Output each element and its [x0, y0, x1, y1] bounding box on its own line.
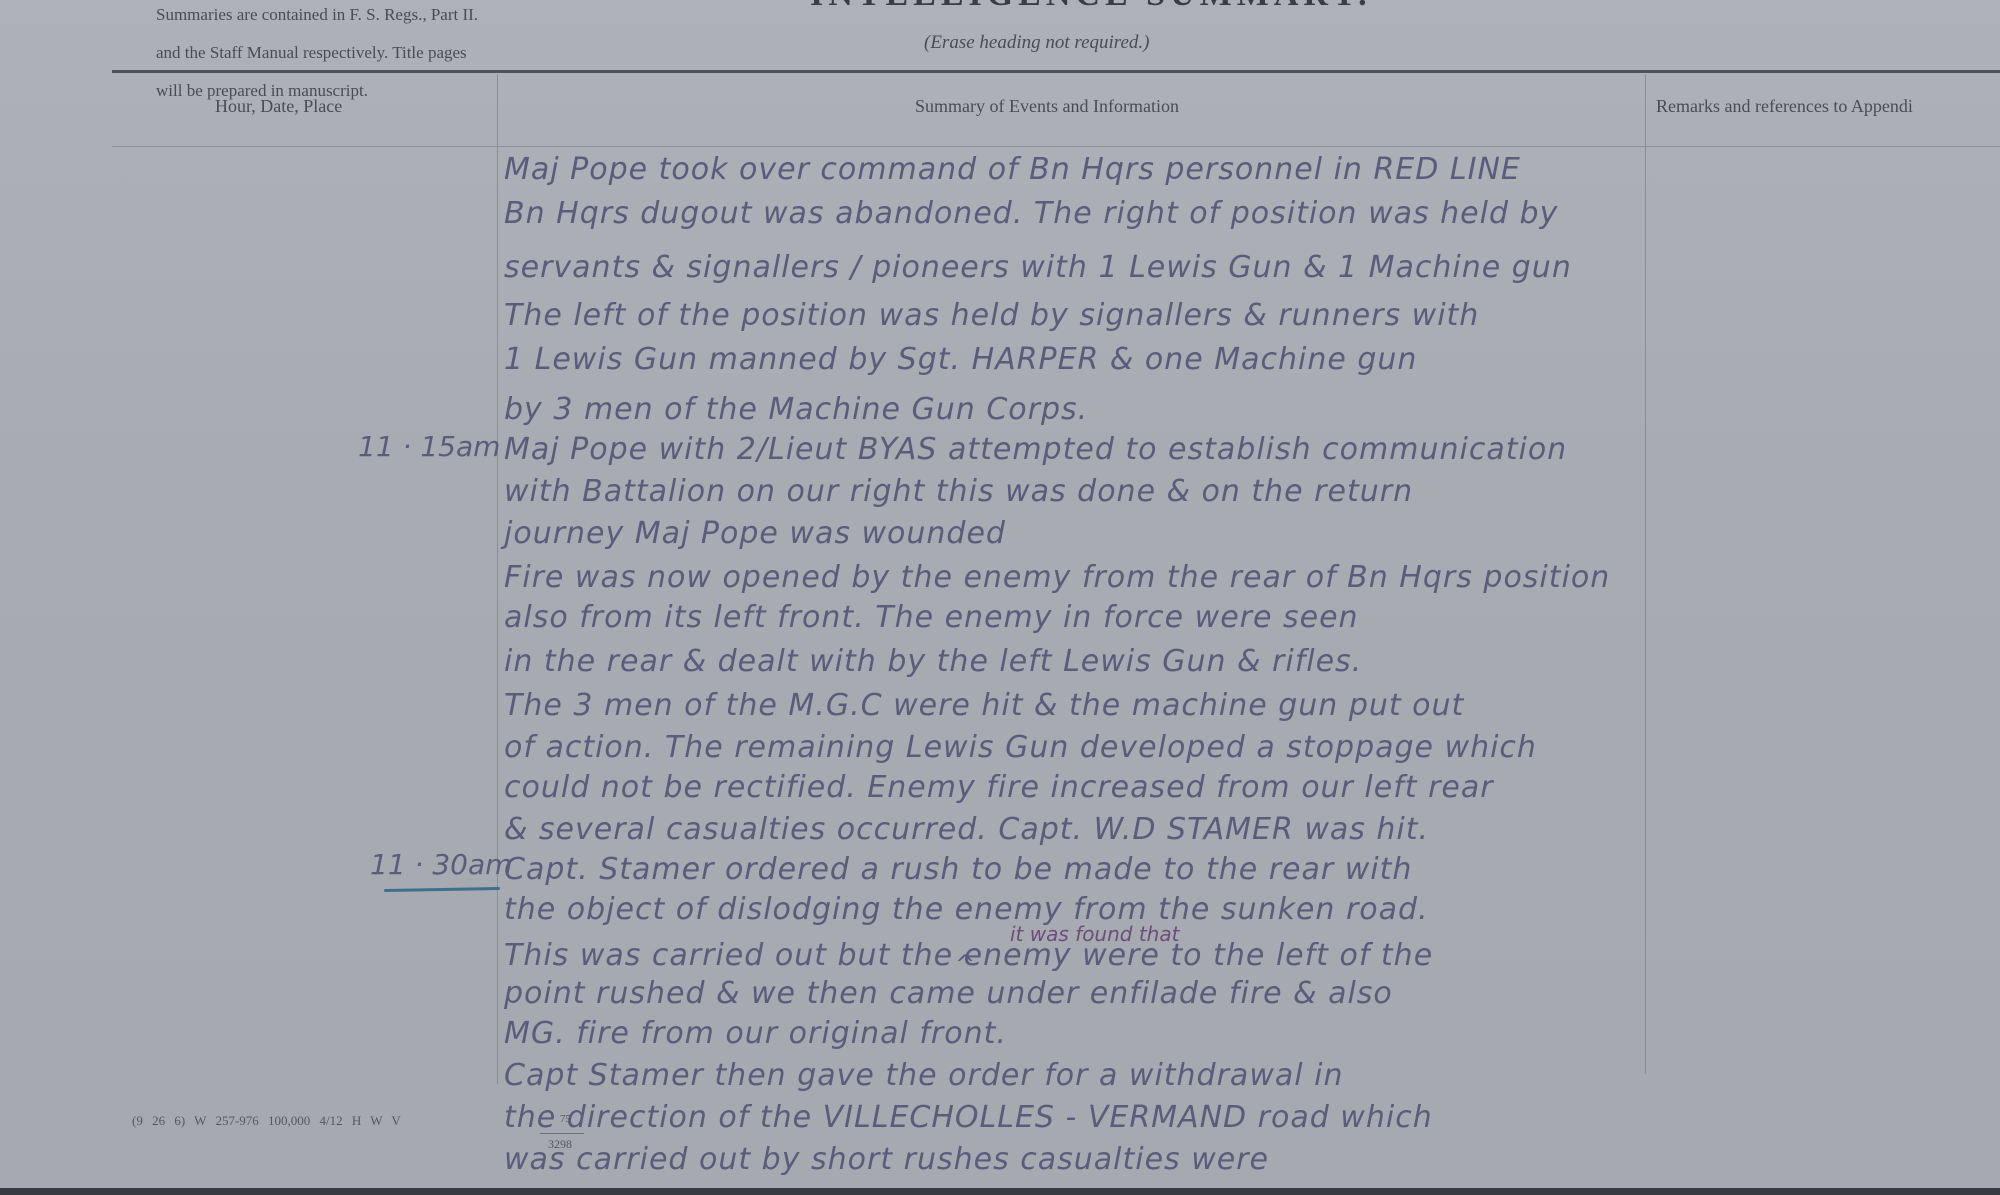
summary-line: of action. The remaining Lewis Gun devel… [504, 730, 1537, 765]
column-header-summary: Summary of Events and Information [915, 96, 1179, 117]
summary-line: MG. fire from our original front. [504, 1016, 1007, 1051]
summary-line: also from its left front. The enemy in f… [504, 600, 1359, 635]
folio-divider [540, 1133, 584, 1134]
summary-line: Capt Stamer then gave the order for a wi… [504, 1058, 1343, 1093]
entry-time: 11 · 30am [370, 848, 512, 881]
column-header-hour-date-place: Hour, Date, Place [215, 96, 342, 117]
header-rule [112, 70, 2000, 73]
form-print-code: (9 26 6) W 257-976 100,000 4/12 H W V [132, 1113, 401, 1129]
summary-line: journey Maj Pope was wounded [504, 516, 1006, 551]
summary-line: the object of dislodging the enemy from … [504, 892, 1429, 927]
folio-number-bottom: 3298 [548, 1137, 572, 1152]
summary-line: Bn Hqrs dugout was abandoned. The right … [504, 196, 1558, 231]
summary-line: in the rear & dealt with by the left Lew… [504, 644, 1362, 679]
entry-time: 11 · 15am [358, 430, 500, 463]
summary-line: was carried out by short rushes casualti… [504, 1142, 1269, 1177]
summary-line: & several casualties occurred. Capt. W.D… [504, 812, 1429, 847]
summary-line: point rushed & we then came under enfila… [504, 976, 1393, 1011]
summary-line: Capt. Stamer ordered a rush to be made t… [504, 852, 1412, 887]
summary-line: Fire was now opened by the enemy from th… [504, 560, 1610, 595]
erase-heading-note: (Erase heading not required.) [924, 32, 1150, 54]
column-header-remarks: Remarks and references to Appendi [1656, 96, 1913, 117]
war-diary-page: Summaries are contained in F. S. Regs., … [0, 0, 2000, 1190]
folio-number-top: 75 [560, 1113, 571, 1125]
column-header-rule [112, 146, 2000, 147]
summary-line: with Battalion on our right this was don… [504, 474, 1413, 509]
column-divider-left [497, 74, 498, 1084]
summary-line: could not be rectified. Enemy fire incre… [504, 770, 1494, 805]
summary-line: the direction of the VILLECHOLLES - VERM… [504, 1100, 1433, 1135]
form-title: INTELLIGENCE SUMMARY. [810, 0, 1372, 14]
summary-line: servants & signallers / pioneers with 1 … [504, 250, 1572, 285]
scan-edge [0, 1188, 2000, 1195]
insertion-caret: ^ [955, 950, 975, 978]
summary-line: Maj Pope took over command of Bn Hqrs pe… [504, 152, 1521, 187]
instructions-line: and the Staff Manual respectively. Title… [156, 43, 636, 62]
summary-line: The 3 men of the M.G.C were hit & the ma… [504, 688, 1464, 723]
summary-line: by 3 men of the Machine Gun Corps. [504, 392, 1088, 427]
column-divider-right [1645, 74, 1646, 1074]
summary-line: Maj Pope with 2/Lieut BYAS attempted to … [504, 432, 1567, 467]
summary-line: The left of the position was held by sig… [504, 298, 1479, 333]
time-underline [384, 887, 500, 892]
summary-line: 1 Lewis Gun manned by Sgt. HARPER & one … [504, 342, 1417, 377]
instructions-line: Summaries are contained in F. S. Regs., … [156, 5, 636, 24]
